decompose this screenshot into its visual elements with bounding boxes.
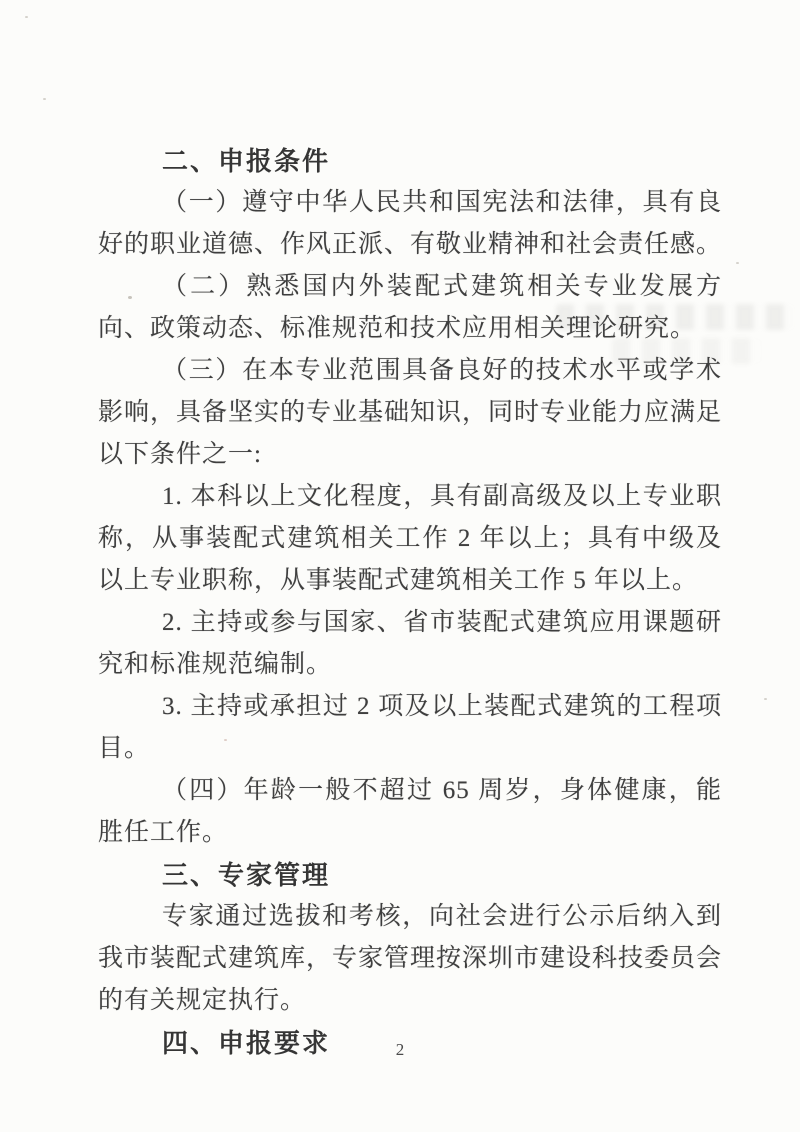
- para-condition-3-item-3: 3. 主持或承担过 2 项及以上装配式建筑的工程项目。: [98, 686, 722, 770]
- para-condition-3-item-1: 1. 本科以上文化程度，具有副高级及以上专业职称，从事装配式建筑相关工作 2 年…: [98, 476, 722, 602]
- para-condition-3: （三）在本专业范围具备良好的技术水平或学术影响，具备坚实的专业基础知识，同时专业…: [98, 350, 722, 476]
- document-body: 二、申报条件 （一）遵守中华人民共和国宪法和法律，具有良好的职业道德、作风正派、…: [98, 140, 722, 1064]
- para-condition-2: （二）熟悉国内外装配式建筑相关专业发展方向、政策动态、标准规范和技术应用相关理论…: [98, 266, 722, 350]
- para-condition-3-item-2: 2. 主持或参与国家、省市装配式建筑应用课题研究和标准规范编制。: [98, 602, 722, 686]
- scan-speck: [43, 98, 46, 100]
- scan-speck: [25, 16, 28, 18]
- heading-application-conditions: 二、申报条件: [98, 140, 722, 182]
- para-condition-4: （四）年龄一般不超过 65 周岁，身体健康，能胜任工作。: [98, 770, 722, 854]
- para-expert-management: 专家通过选拔和考核，向社会进行公示后纳入到我市装配式建筑库，专家管理按深圳市建设…: [98, 896, 722, 1022]
- heading-expert-management: 三、专家管理: [98, 854, 722, 896]
- scan-speck: [736, 262, 739, 264]
- page-number: 2: [0, 1040, 800, 1060]
- scan-speck: [764, 698, 767, 700]
- scanned-document-page: 二、申报条件 （一）遵守中华人民共和国宪法和法律，具有良好的职业道德、作风正派、…: [0, 0, 800, 1132]
- para-condition-1: （一）遵守中华人民共和国宪法和法律，具有良好的职业道德、作风正派、有敬业精神和社…: [98, 182, 722, 266]
